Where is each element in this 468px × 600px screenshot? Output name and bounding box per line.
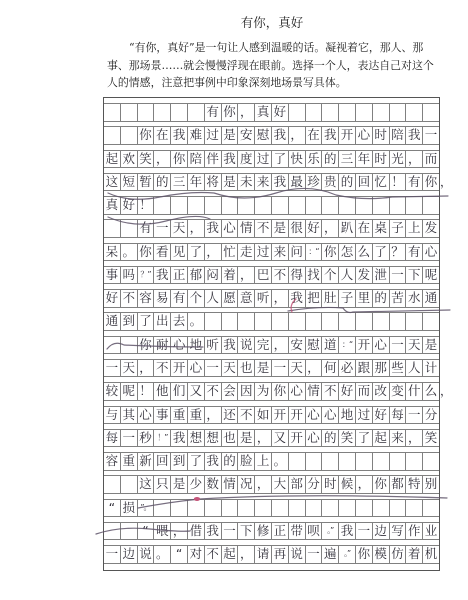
- grid-cell: ，: [356, 476, 373, 493]
- grid-cell: 着: [222, 267, 239, 284]
- grid-cell: 开: [289, 430, 306, 447]
- grid-cell: [154, 500, 171, 517]
- grid-cell: 一: [104, 546, 121, 563]
- grid-cell: [373, 104, 390, 121]
- grid-cell: 天: [222, 360, 239, 377]
- grid-cell: 快: [289, 151, 306, 168]
- grid-cell: [205, 197, 222, 214]
- grid-cell: [138, 104, 155, 121]
- grid-cell: 有: [406, 174, 423, 191]
- grid-cell: 请: [255, 546, 272, 563]
- grid-cell: 损: [121, 500, 138, 517]
- grid-cell: 特: [406, 476, 423, 493]
- grid-cell: 心: [188, 360, 205, 377]
- grid-cell: 郁: [188, 267, 205, 284]
- grid-cell: 是: [238, 430, 255, 447]
- grid-cell: 起: [222, 546, 239, 563]
- grid-cell: 将: [205, 174, 222, 191]
- grid-cell: 问: [289, 244, 306, 261]
- grid-cell: 一: [154, 220, 171, 237]
- grid-cell: 必: [339, 360, 356, 377]
- grid-cell: 心: [373, 337, 390, 354]
- grid-cell: ，: [306, 360, 323, 377]
- grid-cell: [373, 197, 390, 214]
- grid-row: 与其心事重重，还不如开开心心地过好每一分: [104, 406, 439, 425]
- grid-cell: [188, 197, 205, 214]
- prompt-instructions: “有你，真好”是一句让人感到温暖的话。凝视着它，那人、那 事、那场景……就会慢慢…: [107, 39, 439, 92]
- grid-cell: 。: [272, 453, 289, 470]
- grid-cell: 闷: [205, 267, 222, 284]
- grid-cell: [289, 313, 306, 330]
- grid-cell: 了: [138, 313, 155, 330]
- grid-cell: 一: [306, 546, 323, 563]
- grid-cell: 过: [356, 407, 373, 424]
- grid-cell: 说: [238, 337, 255, 354]
- grid-cell: [306, 197, 323, 214]
- grid-cell: 么: [356, 244, 373, 261]
- grid-cell: [322, 500, 339, 517]
- grid-cell: 而: [423, 151, 439, 168]
- grid-cell: 重: [171, 407, 188, 424]
- grid-cell: 你: [138, 244, 155, 261]
- grid-cell: 你: [272, 383, 289, 400]
- grid-cell: 分: [423, 407, 439, 424]
- grid-cell: 每: [104, 430, 121, 447]
- grid-cell: 在: [306, 127, 323, 144]
- grid-cell: [222, 500, 239, 517]
- grid-cell: 见: [171, 244, 188, 261]
- grid-cell: 开: [171, 360, 188, 377]
- grid-cell: 对: [188, 546, 205, 563]
- grid-cell: 。”: [322, 523, 339, 540]
- grid-cell: 喂: [154, 523, 171, 540]
- grid-cell: 忙: [222, 244, 239, 261]
- grid-cell: 事: [104, 267, 121, 284]
- grid-cell: 里: [356, 290, 373, 307]
- grid-cell: ，: [188, 220, 205, 237]
- grid-cell: [356, 453, 373, 470]
- grid-cell: 通: [423, 290, 439, 307]
- grid-cell: 我: [205, 523, 222, 540]
- grid-cell: [188, 104, 205, 121]
- grid-cell: 只: [154, 476, 171, 493]
- grid-cell: 边: [121, 546, 138, 563]
- grid-cell: [356, 313, 373, 330]
- grid-cell: 是: [423, 337, 439, 354]
- grid-cell: 听: [255, 290, 272, 307]
- grid-cell: 吗: [121, 267, 138, 284]
- grid-cell: 事: [154, 407, 171, 424]
- grid-cell: [339, 197, 356, 214]
- grid-cell: 不: [255, 220, 272, 237]
- grid-cell: [373, 500, 390, 517]
- grid-cell: [306, 500, 323, 517]
- grid-cell: 光: [390, 151, 407, 168]
- grid-cell: [171, 104, 188, 121]
- grid-cell: 又: [272, 430, 289, 447]
- grid-cell: 不: [205, 546, 222, 563]
- grid-cell: 笑: [138, 151, 155, 168]
- grid-cell: 开: [356, 337, 373, 354]
- grid-cell: 每: [390, 407, 407, 424]
- grid-cell: 借: [188, 523, 205, 540]
- grid-cell: [289, 197, 306, 214]
- grid-cell: 一: [423, 127, 439, 144]
- grid-cell: 好: [104, 290, 121, 307]
- grid-cell: 乐: [306, 151, 323, 168]
- grid-cell: 重: [121, 453, 138, 470]
- grid-cell: [205, 313, 222, 330]
- grid-cell: 来: [272, 244, 289, 261]
- grid-cell: 这: [104, 174, 121, 191]
- grid-cell: [121, 523, 138, 540]
- grid-cell: 心: [222, 220, 239, 237]
- grid-cell: 一: [205, 360, 222, 377]
- grid-cell: 边: [373, 523, 390, 540]
- grid-cell: [423, 313, 439, 330]
- grid-cell: 来: [390, 430, 407, 447]
- grid-cell: 发: [356, 267, 373, 284]
- grid-cell: [255, 197, 272, 214]
- grid-cell: 那: [373, 360, 390, 377]
- grid-cell: ，: [406, 151, 423, 168]
- grid-cell: 脸: [238, 453, 255, 470]
- grid-cell: 心: [289, 383, 306, 400]
- grid-cell: 我: [272, 174, 289, 191]
- grid-row: 通到了出去。: [104, 312, 439, 331]
- grid-cell: 开: [339, 127, 356, 144]
- grid-cell: [272, 197, 289, 214]
- grid-cell: 时: [373, 127, 390, 144]
- grid-cell: ！”: [154, 430, 171, 447]
- grid-row: 较呢！他们又不会因为你心情不好而改变什么: [104, 382, 439, 401]
- grid-cell: 完: [255, 337, 272, 354]
- grid-cell: 易: [154, 290, 171, 307]
- grid-row: 事吗？”我正郁闷着，巴不得找个人发泄一下呢: [104, 266, 439, 285]
- grid-cell: 走: [238, 244, 255, 261]
- grid-cell: 我: [339, 523, 356, 540]
- prompt-line: “有你，真好”是一句让人感到温暖的话。凝视着它，那人、那: [107, 39, 439, 57]
- grid-cell: 你: [138, 127, 155, 144]
- grid-cell: 陪: [188, 151, 205, 168]
- grid-cell: [356, 500, 373, 517]
- grid-cell: 发: [423, 220, 439, 237]
- grid-cell: 把: [306, 290, 323, 307]
- grid-cell: 因: [238, 383, 255, 400]
- grid-cell: ，: [289, 127, 306, 144]
- grid-cell: [205, 500, 222, 517]
- grid-cell: 这: [138, 476, 155, 493]
- grid-cell: 有: [171, 290, 188, 307]
- grid-cell: 与: [104, 407, 121, 424]
- grid-cell: 新: [138, 453, 155, 470]
- grid-cell: [104, 523, 121, 540]
- grid-cell: 天: [171, 220, 188, 237]
- grid-cell: 修: [255, 523, 272, 540]
- grid-cell: 桌: [373, 220, 390, 237]
- grid-cell: 部: [289, 476, 306, 493]
- grid-cell: 们: [171, 383, 188, 400]
- grid-cell: 会: [222, 383, 239, 400]
- grid-cell: 好: [272, 104, 289, 121]
- grid-cell: 你: [423, 174, 439, 191]
- grid-cell: “: [171, 546, 188, 563]
- prompt-line: 事、那场景……就会慢慢浮现在眼前。选择一个人，表达自己对这个: [107, 57, 439, 75]
- grid-cell: 么: [423, 383, 439, 400]
- grid-cell: 何: [322, 360, 339, 377]
- grid-cell: [238, 313, 255, 330]
- grid-cell: [104, 127, 121, 144]
- grid-cell: 我: [322, 127, 339, 144]
- grid-cell: 有: [138, 220, 155, 237]
- grid-cell: 容: [138, 290, 155, 307]
- grid-row: “喂，借我一下修正带呗。”我一边写作业: [104, 522, 439, 541]
- grid-cell: 趴: [339, 220, 356, 237]
- grid-cell: ，: [272, 337, 289, 354]
- grid-cell: [390, 313, 407, 330]
- grid-cell: 伴: [205, 151, 222, 168]
- grid-cell: 分: [306, 476, 323, 493]
- grid-cell: 大: [272, 476, 289, 493]
- grid-cell: 心: [322, 407, 339, 424]
- grid-cell: 心: [423, 244, 439, 261]
- grid-cell: 也: [222, 430, 239, 447]
- grid-cell: [121, 127, 138, 144]
- grid-cell: 了: [373, 244, 390, 261]
- grid-cell: [289, 453, 306, 470]
- grid-cell: 一: [121, 430, 138, 447]
- grid-cell: [306, 104, 323, 121]
- grid-cell: 开: [289, 407, 306, 424]
- grid-cell: [322, 313, 339, 330]
- grid-row: 这短暂的三年将是未来我最珍贵的回忆！有你: [104, 173, 439, 192]
- grid-cell: 再: [272, 546, 289, 563]
- grid-cell: 开: [272, 407, 289, 424]
- grid-cell: 呆: [104, 244, 121, 261]
- grid-cell: ：“: [339, 337, 356, 354]
- grid-cell: ，: [205, 244, 222, 261]
- grid-cell: 心: [306, 430, 323, 447]
- grid-cell: 道: [322, 337, 339, 354]
- grid-cell: 心: [306, 407, 323, 424]
- grid-cell: [171, 500, 188, 517]
- grid-cell: 不: [238, 407, 255, 424]
- grid-cell: 也: [238, 360, 255, 377]
- grid-cell: 情: [238, 220, 255, 237]
- grid-cell: 个: [188, 290, 205, 307]
- grid-cell: 。: [188, 313, 205, 330]
- grid-cell: [322, 453, 339, 470]
- grid-cell: 机: [423, 546, 439, 563]
- grid-cell: 情: [222, 476, 239, 493]
- grid-cell: [322, 104, 339, 121]
- grid-cell: ，: [238, 104, 255, 121]
- grid-cell: 一: [390, 337, 407, 354]
- grid-cell: 改: [373, 383, 390, 400]
- grid-cell: ？”: [138, 267, 155, 284]
- grid-cell: 真: [104, 197, 121, 214]
- grid-row: 一天，不开心一天也是一天，何必跟那些人计: [104, 359, 439, 378]
- essay-title-row: 有你，真好: [104, 103, 439, 122]
- grid-cell: [356, 197, 373, 214]
- grid-cell: 你: [171, 151, 188, 168]
- grid-cell: 为: [255, 383, 272, 400]
- grid-cell: ！: [138, 383, 155, 400]
- grid-cell: [423, 197, 439, 214]
- grid-cell: [104, 337, 121, 354]
- grid-cell: 陪: [390, 127, 407, 144]
- grid-cell: 未: [238, 174, 255, 191]
- grid-cell: 上: [406, 220, 423, 237]
- grid-cell: 呢: [121, 383, 138, 400]
- prompt-title: 有你，真好: [107, 15, 437, 31]
- grid-cell: ，: [171, 523, 188, 540]
- grid-cell: 意: [238, 290, 255, 307]
- grid-row: 你耐心地听我说完，安慰道：“开心一天是: [104, 336, 439, 355]
- grid-cell: [406, 453, 423, 470]
- grid-row: 有一天，我心情不是很好，趴在桌子上发: [104, 219, 439, 238]
- grid-cell: 了: [356, 430, 373, 447]
- grid-cell: 变: [390, 383, 407, 400]
- grid-cell: 过: [255, 244, 272, 261]
- grid-cell: [390, 104, 407, 121]
- grid-cell: 肚: [322, 290, 339, 307]
- grid-cell: 下: [238, 523, 255, 540]
- grid-cell: 在: [356, 220, 373, 237]
- grid-cell: 况: [238, 476, 255, 493]
- grid-cell: 安: [238, 127, 255, 144]
- grid-cell: 数: [205, 476, 222, 493]
- grid-cell: 欢: [121, 151, 138, 168]
- grid-cell: [255, 500, 272, 517]
- grid-cell: 耐: [154, 337, 171, 354]
- grid-cell: 如: [255, 407, 272, 424]
- grid-cell: 起: [373, 430, 390, 447]
- grid-cell: 好: [373, 407, 390, 424]
- grid-cell: 我: [222, 151, 239, 168]
- grid-cell: 得: [289, 267, 306, 284]
- grid-cell: 心: [356, 127, 373, 144]
- grid-cell: ，: [138, 360, 155, 377]
- grid-cell: [121, 337, 138, 354]
- grid-cell: ！: [138, 197, 155, 214]
- grid-cell: 三: [171, 174, 188, 191]
- grid-cell: ！: [390, 174, 407, 191]
- grid-cell: 上: [255, 453, 272, 470]
- grid-cell: ，: [238, 267, 255, 284]
- grid-cell: [306, 313, 323, 330]
- grid-cell: [154, 197, 171, 214]
- grid-cell: 是: [222, 174, 239, 191]
- grid-cell: 愿: [222, 290, 239, 307]
- grid-cell: 回: [154, 453, 171, 470]
- grid-cell: 心: [171, 337, 188, 354]
- grid-cell: [104, 104, 121, 121]
- grid-cell: 天: [406, 337, 423, 354]
- grid-cell: [356, 104, 373, 121]
- grid-cell: [423, 453, 439, 470]
- grid-cell: 一: [104, 360, 121, 377]
- grid-cell: [339, 453, 356, 470]
- grid-row: 起欢笑，你陪伴我度过了快乐的三年时光，而: [104, 150, 439, 169]
- grid-cell: 一: [272, 360, 289, 377]
- grid-cell: 不: [205, 383, 222, 400]
- grid-cell: 想: [188, 430, 205, 447]
- grid-cell: 巴: [255, 267, 272, 284]
- grid-cell: 泄: [373, 267, 390, 284]
- grid-cell: 到: [171, 453, 188, 470]
- grid-cell: 你: [373, 476, 390, 493]
- grid-cell: 真: [255, 104, 272, 121]
- grid-cell: 的: [373, 290, 390, 307]
- grid-cell: [306, 453, 323, 470]
- grid-row: 好不容易有个人愿意听，我把肚子里的苦水通: [104, 289, 439, 308]
- grid-cell: [121, 476, 138, 493]
- grid-cell: 还: [222, 407, 239, 424]
- prompt-line: 人的情感，注意把事例中印象深刻地场景写具体。: [107, 74, 439, 92]
- grid-cell: 贵: [322, 174, 339, 191]
- grid-cell: 正: [272, 523, 289, 540]
- grid-cell: 好: [306, 220, 323, 237]
- grid-cell: 来: [255, 174, 272, 191]
- grid-cell: 我: [171, 430, 188, 447]
- margin-punctuation: ，: [440, 173, 452, 191]
- grid-cell: 在: [154, 127, 171, 144]
- grid-cell: [322, 197, 339, 214]
- grid-row: 容重新回到了我的脸上。: [104, 452, 439, 471]
- grid-cell: 过: [255, 151, 272, 168]
- grid-cell: 年: [356, 151, 373, 168]
- grid-cell: 一: [356, 523, 373, 540]
- grid-cell: [255, 313, 272, 330]
- grid-cell: 不: [121, 290, 138, 307]
- grid-cell: ”。: [138, 500, 155, 517]
- grid-cell: 说: [289, 546, 306, 563]
- grid-cell: 其: [121, 407, 138, 424]
- grid-cell: [272, 313, 289, 330]
- grid-cell: 了: [188, 244, 205, 261]
- grid-cell: 。: [121, 244, 138, 261]
- grid-cell: 带: [289, 523, 306, 540]
- grid-cell: 些: [390, 360, 407, 377]
- grid-cell: 回: [356, 174, 373, 191]
- grid-cell: [373, 453, 390, 470]
- grid-cell: [104, 476, 121, 493]
- grid-cell: [238, 197, 255, 214]
- grid-cell: ，: [154, 151, 171, 168]
- grid-cell: 水: [406, 290, 423, 307]
- grid-cell: ，: [255, 430, 272, 447]
- grid-cell: 都: [390, 476, 407, 493]
- grid-cell: [390, 453, 407, 470]
- grid-cell: 暂: [138, 174, 155, 191]
- grid-cell: 安: [289, 337, 306, 354]
- grid-cell: 忆: [373, 174, 390, 191]
- grid-cell: ：“: [306, 244, 323, 261]
- grid-cell: 我: [154, 267, 171, 284]
- grid-cell: 计: [423, 360, 439, 377]
- grid-cell: 着: [406, 546, 423, 563]
- grid-cell: 笑: [423, 430, 439, 447]
- grid-cell: 到: [121, 313, 138, 330]
- grid-cell: 好: [339, 383, 356, 400]
- grid-cell: 最: [289, 174, 306, 191]
- grid-cell: 。: [154, 546, 171, 563]
- grid-cell: ，: [272, 290, 289, 307]
- grid-cell: [121, 220, 138, 237]
- grid-cell: 仿: [390, 546, 407, 563]
- grid-cell: ？: [390, 244, 407, 261]
